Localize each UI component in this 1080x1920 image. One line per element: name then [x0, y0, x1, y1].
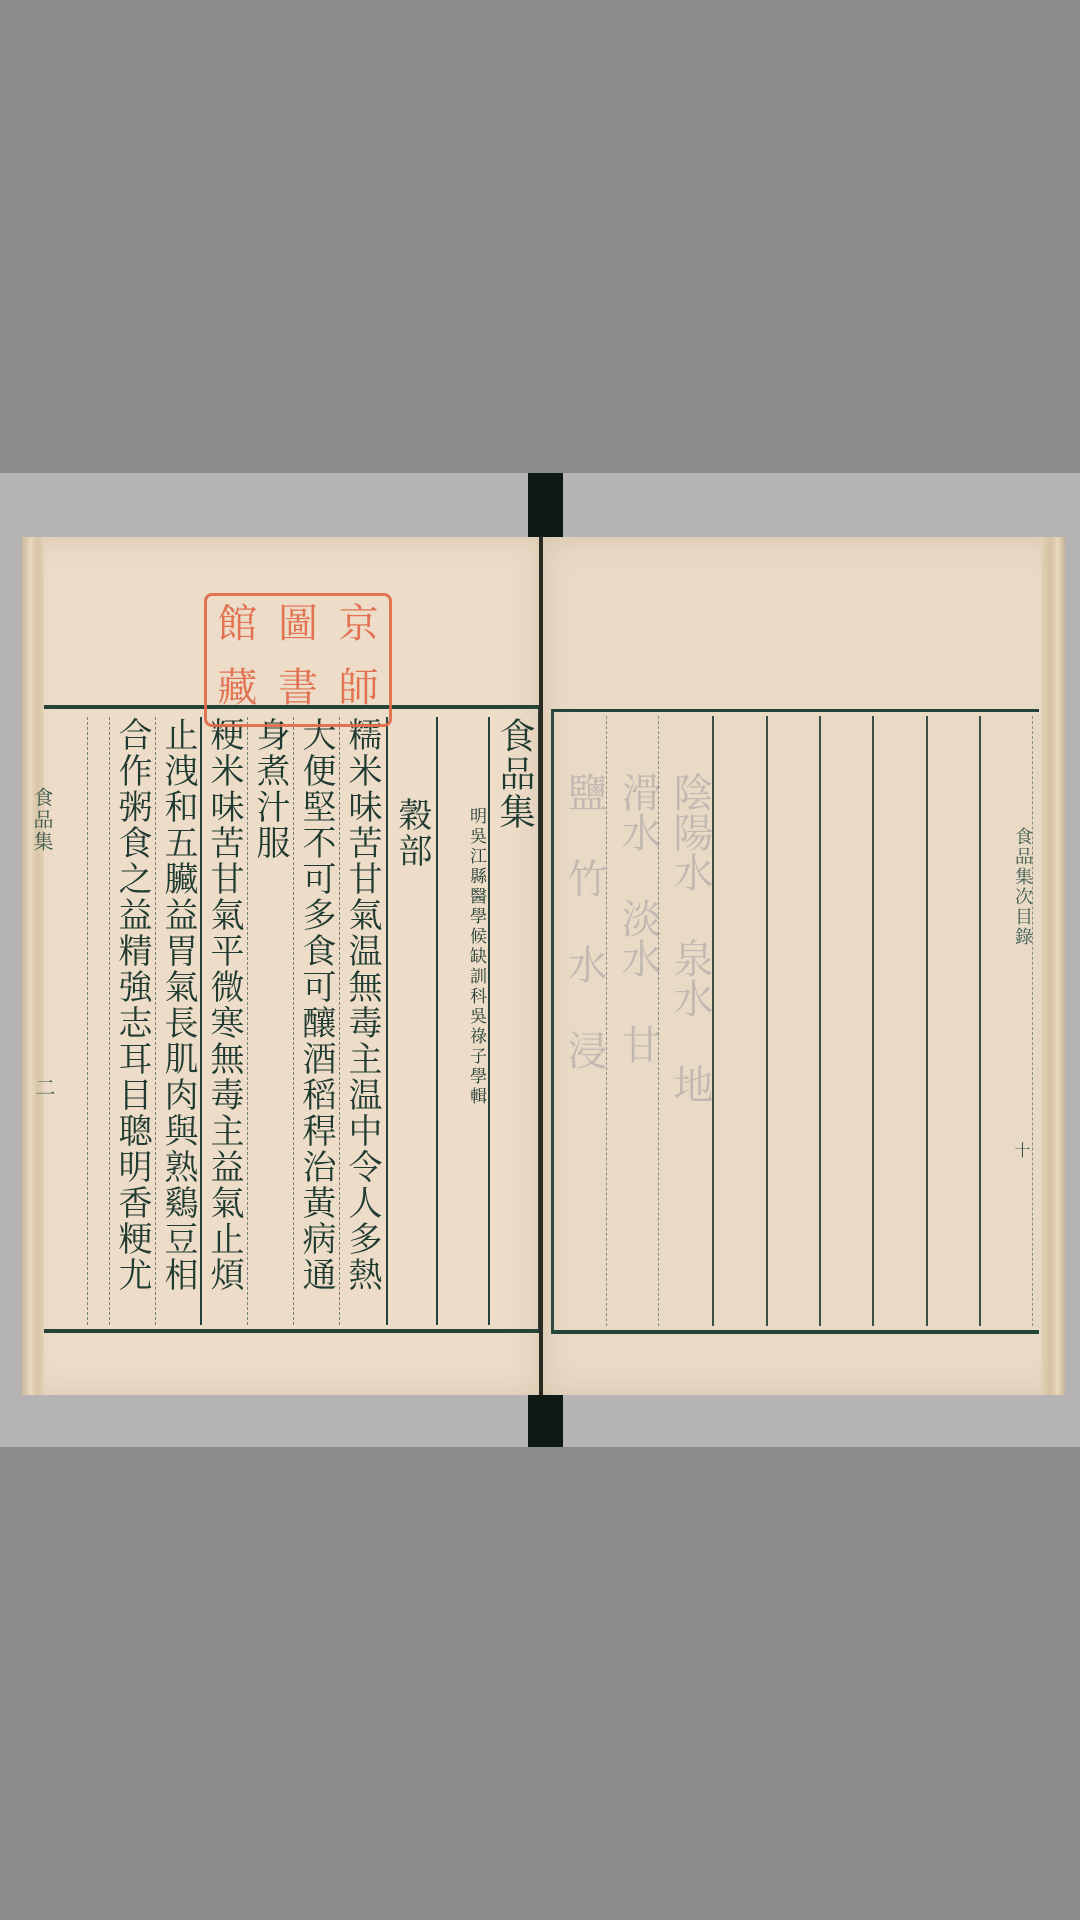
text-column-3: 身煮汁服 — [247, 717, 292, 1325]
text-column-2: 大便堅不可多食可釀酒稻稈治黃病通 — [293, 717, 338, 1325]
bookmark-ribbon-top — [528, 473, 563, 541]
bleed-through-text: 鹽 竹 水 浸 — [560, 772, 608, 1070]
column-rule — [606, 716, 607, 1326]
book-title: 食品集 — [488, 717, 536, 1325]
text-column-6: 合作粥食之益精強志耳目聰明香粳尤 — [109, 717, 154, 1325]
text-column-4: 粳米味苦甘氣平微寒無毒主益氣止煩 — [200, 717, 246, 1325]
library-seal-stamp: 館 圖 京 藏 書 師 — [204, 593, 392, 727]
seal-char: 書 — [268, 660, 329, 724]
right-margin-page-number: 十 — [1010, 1142, 1033, 1160]
text-column-1: 糯米味苦甘氣温無毒主温中令人多熱 — [339, 717, 384, 1325]
column-rule — [926, 716, 928, 1326]
seal-char: 師 — [328, 660, 389, 724]
text-frame: 食品集 明吳江縣醫學候缺訓科吳祿子學輯 穀部 糯米味苦甘氣温無毒主温中令人多熱 … — [44, 705, 541, 1333]
right-page-edge — [1041, 537, 1065, 1395]
column-rule — [712, 716, 714, 1326]
text-column-5: 止洩和五臟益胃氣長肌肉與熟鷄豆相 — [155, 717, 200, 1325]
seal-char: 藏 — [207, 660, 268, 724]
right-margin-title: 食品集次目錄 — [1009, 827, 1035, 947]
column-rule — [1032, 716, 1033, 1326]
right-page: 滑水 淡水 甘 陰陽水 泉水 地 鹽 竹 水 浸 食品集次目錄 十 — [543, 537, 1065, 1395]
blank-column — [87, 717, 108, 1325]
author-line: 明吳江縣醫學候缺訓科吳祿子學輯 — [436, 717, 486, 1325]
bleed-through-text: 陰陽水 泉水 地 — [666, 772, 714, 1104]
column-rule — [819, 716, 821, 1326]
seal-char: 館 — [207, 596, 268, 660]
column-rule — [979, 716, 981, 1326]
left-page-edge — [22, 537, 44, 1395]
bookmark-ribbon-bottom — [528, 1393, 563, 1447]
column-rule — [766, 716, 768, 1326]
bleed-through-text: 滑水 淡水 甘 — [614, 772, 662, 1064]
column-rule — [872, 716, 874, 1326]
section-heading: 穀部 — [386, 717, 434, 1325]
ruled-frame: 滑水 淡水 甘 陰陽水 泉水 地 鹽 竹 水 浸 — [551, 709, 1039, 1334]
column-rule — [658, 716, 659, 1326]
seal-char: 圖 — [268, 596, 329, 660]
seal-char: 京 — [328, 596, 389, 660]
